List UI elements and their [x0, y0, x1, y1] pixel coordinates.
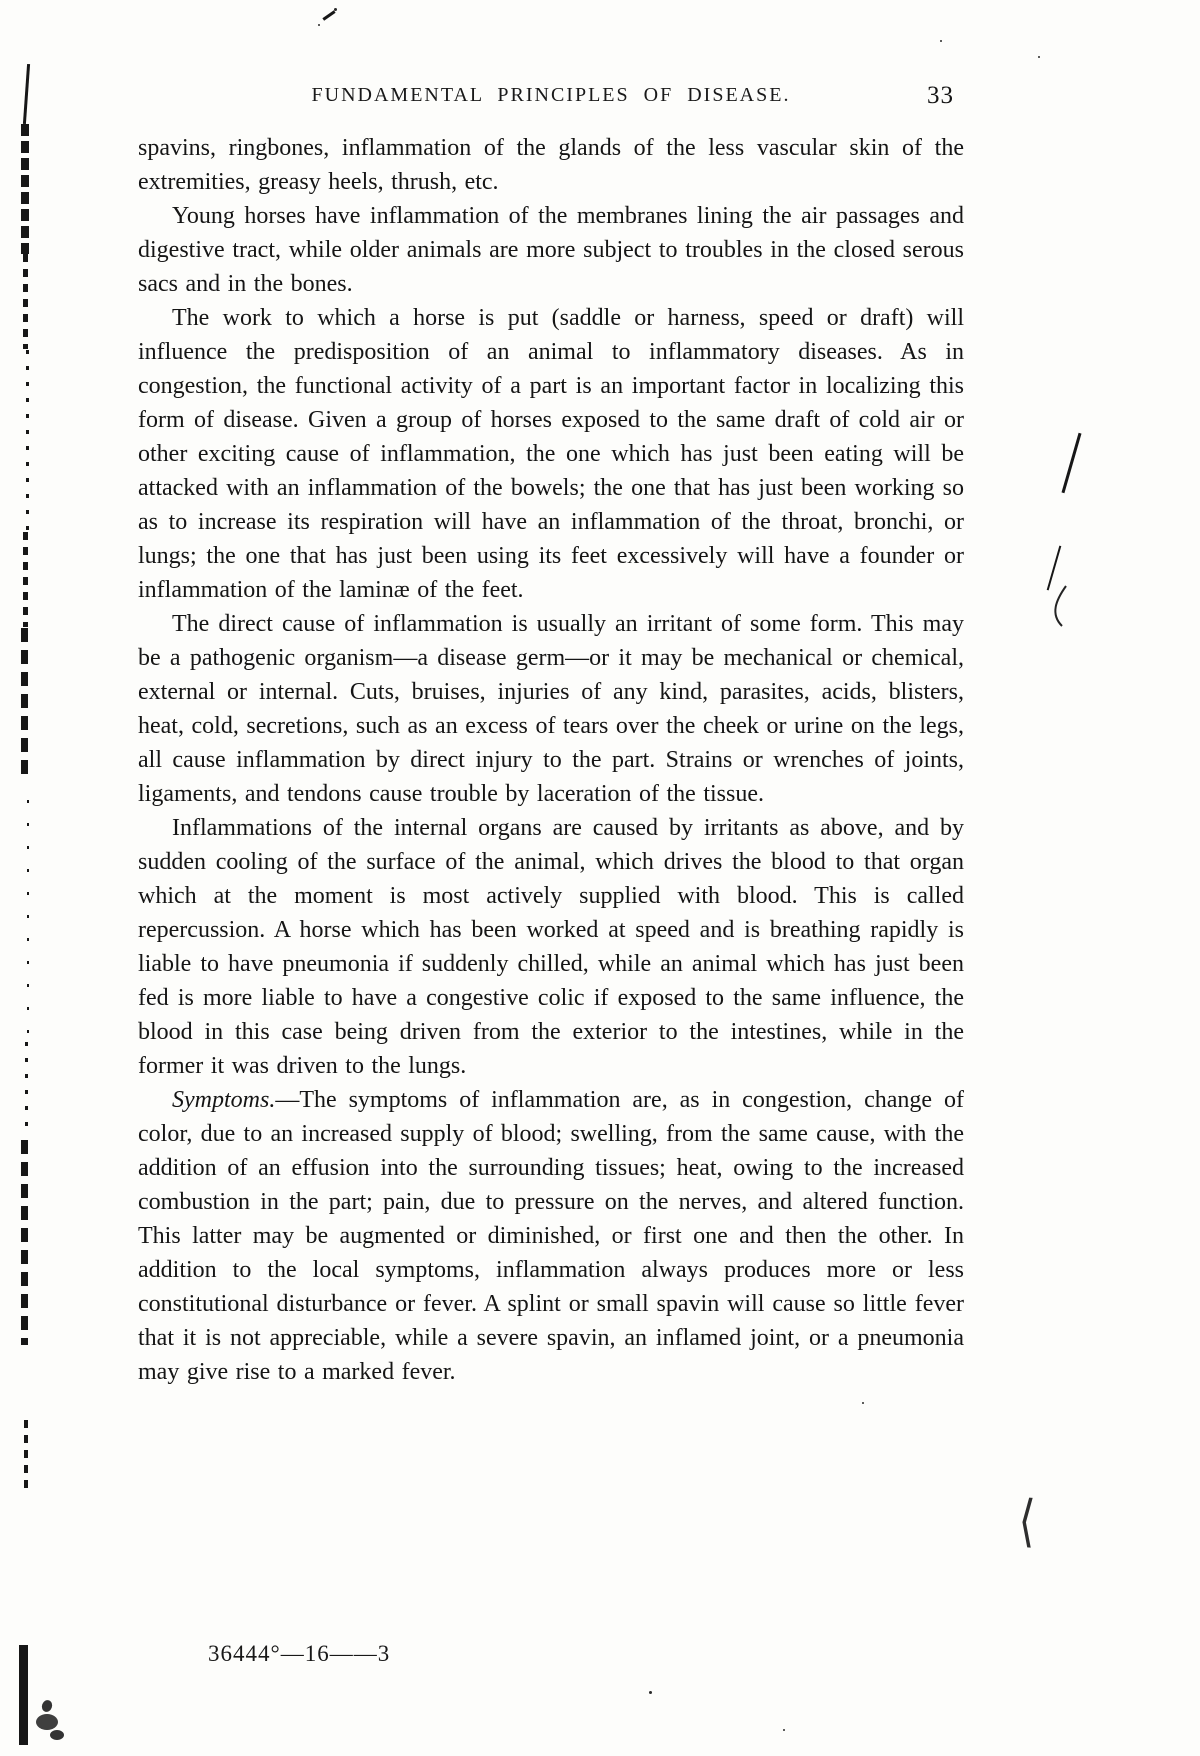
ink-mark-left-8	[25, 1042, 28, 1127]
ink-mark-top-1	[322, 10, 335, 20]
paragraph-symptoms: Symptoms.—The symptoms of inflammation a…	[138, 1083, 964, 1389]
book-page: FUNDAMENTAL PRINCIPLES OF DISEASE. 33 sp…	[0, 0, 1200, 1756]
paragraph-direct-cause: The direct cause of inflammation is usua…	[138, 607, 964, 811]
paragraph-continuation: spavins, ringbones, inflammation of the …	[138, 131, 964, 199]
page-number: 33	[927, 82, 954, 110]
ink-mark-left-10	[24, 1420, 28, 1492]
pen-slash-right-1	[1062, 433, 1082, 493]
ink-speck-4	[862, 1402, 864, 1404]
ink-mark-left-1	[23, 64, 30, 124]
ink-speck-top-2	[318, 24, 320, 26]
ink-mark-left-5	[23, 532, 28, 627]
ink-mark-left-9	[21, 1140, 28, 1345]
smudge-bottom-left-3	[50, 1730, 64, 1740]
ink-speck-2	[1038, 56, 1040, 58]
paragraph-internal-organs: Inflammations of the internal organs are…	[138, 811, 964, 1083]
pen-angle-mark: ⟨	[1018, 1493, 1037, 1550]
smudge-bottom-left-1	[40, 1699, 54, 1714]
paragraph-young-horses: Young horses have inflammation of the me…	[138, 199, 964, 301]
ink-speck-5	[649, 1691, 652, 1694]
ink-speck-1	[940, 40, 942, 42]
ink-mark-left-7	[27, 800, 29, 1040]
ink-speck-6	[783, 1729, 785, 1731]
printer-signature-mark: 36444°—16——3	[208, 1641, 390, 1667]
text-block: spavins, ringbones, inflammation of the …	[138, 131, 964, 1389]
ink-mark-left-6	[21, 628, 28, 778]
pen-tail-right	[1044, 584, 1078, 628]
ink-mark-left-4	[26, 350, 29, 530]
symptoms-italic-lead: Symptoms.	[172, 1087, 275, 1113]
page-header-title: FUNDAMENTAL PRINCIPLES OF DISEASE.	[138, 84, 964, 107]
ink-speck-3	[906, 348, 908, 350]
paragraph-work-predisposition: The work to which a horse is put (saddle…	[138, 301, 964, 607]
ink-speck-top-1	[334, 8, 337, 11]
ink-mark-left-11	[19, 1645, 28, 1745]
running-head: FUNDAMENTAL PRINCIPLES OF DISEASE. 33	[138, 84, 964, 114]
ink-mark-left-3	[23, 254, 28, 349]
ink-mark-left-2	[21, 124, 29, 254]
smudge-bottom-left-2	[36, 1714, 58, 1730]
symptoms-text: —The symptoms of inflammation are, as in…	[138, 1087, 964, 1385]
